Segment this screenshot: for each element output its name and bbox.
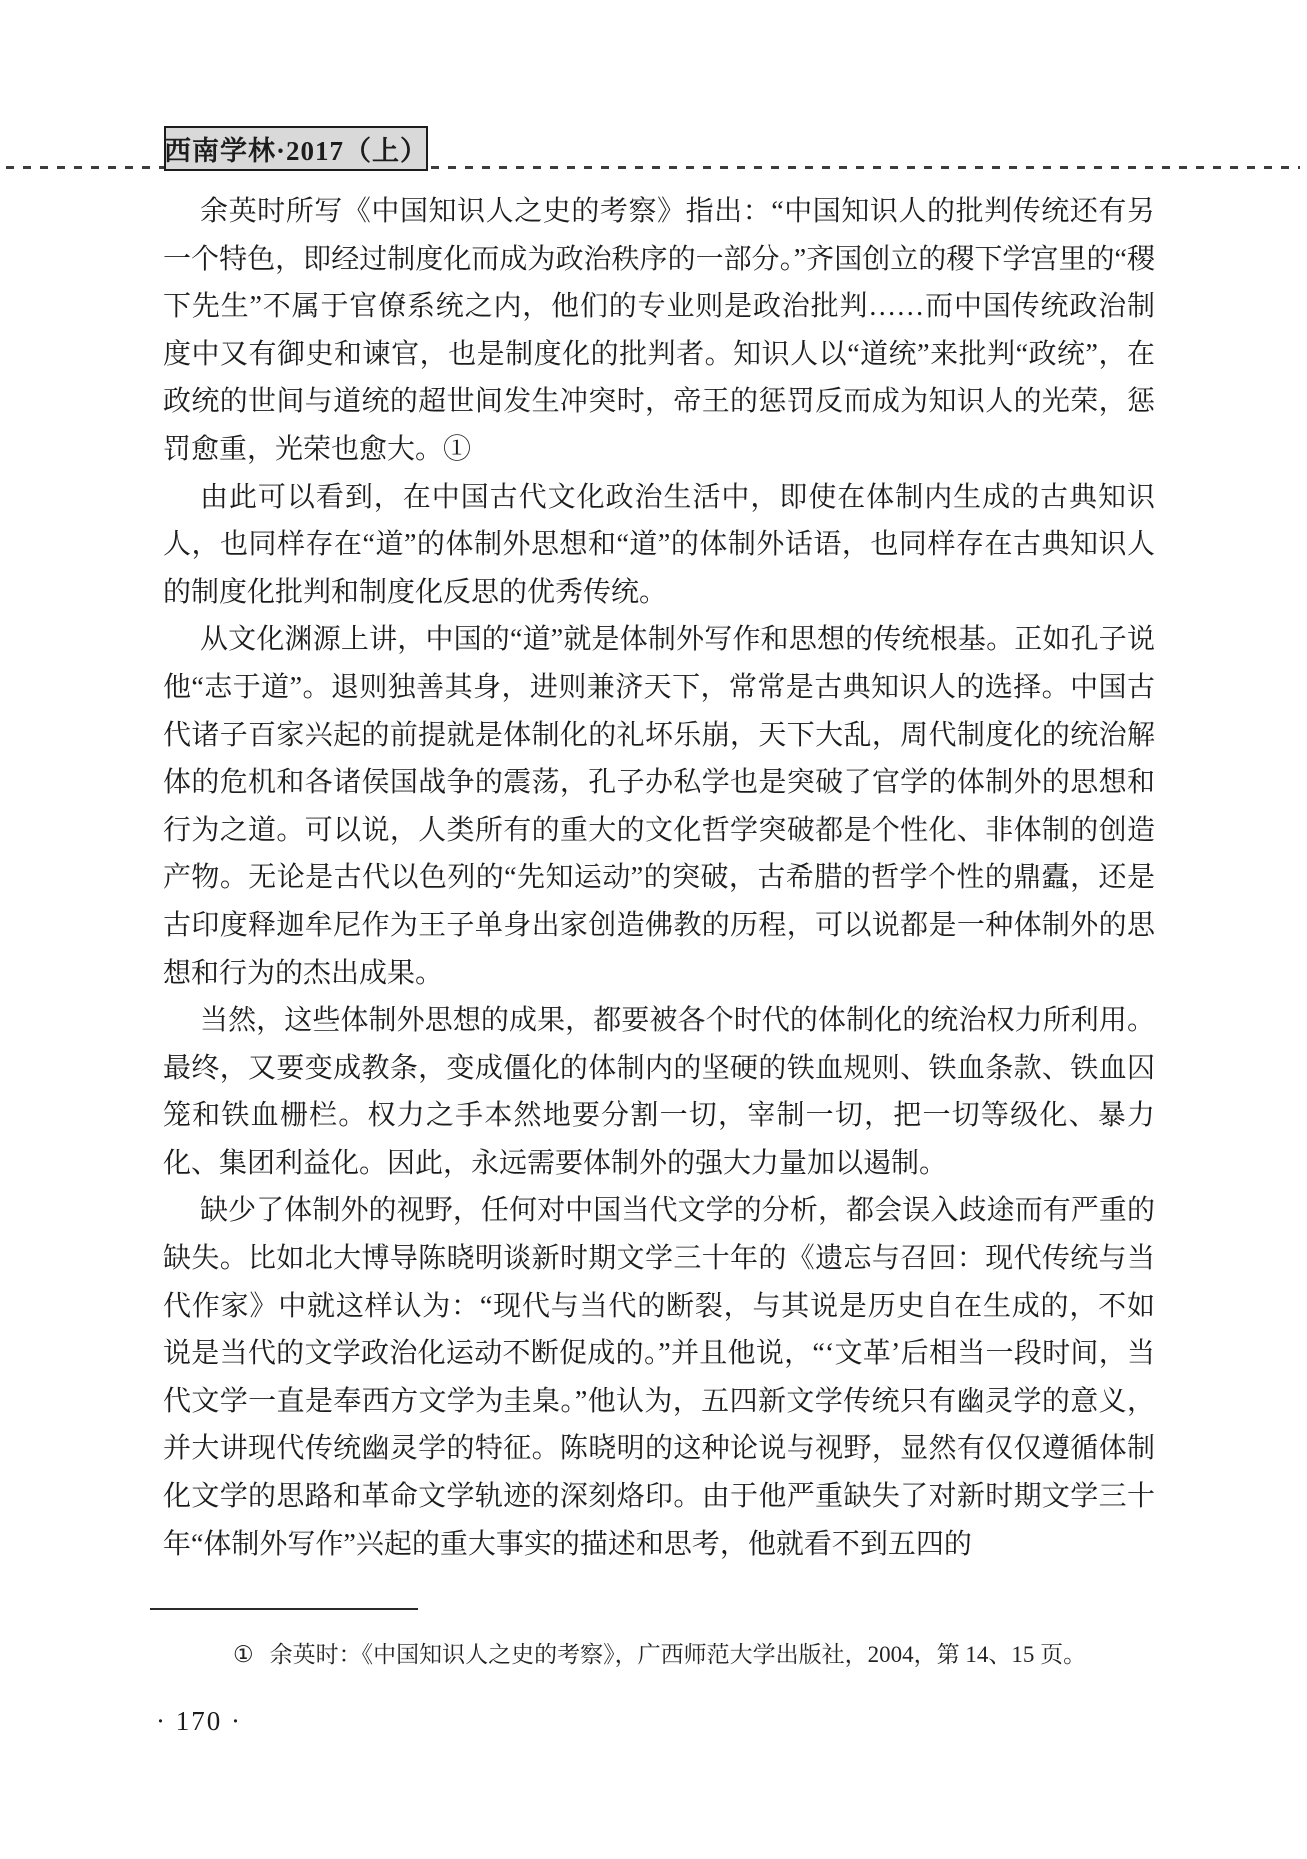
paragraph-5: 缺少了体制外的视野，任何对中国当代文学的分析，都会误入歧途而有严重的缺失。比如北… xyxy=(163,1187,1155,1568)
paragraph-4: 当然，这些体制外思想的成果，都要被各个时代的体制化的统治权力所利用。最终，又要变… xyxy=(163,997,1155,1187)
paragraph-3: 从文化渊源上讲，中国的“道”就是体制外写作和思想的传统根基。正如孔子说他“志于道… xyxy=(163,616,1155,997)
footnote-separator-rule xyxy=(150,1608,418,1610)
journal-title: 西南学林·2017（上） xyxy=(164,129,428,168)
paragraph-1: 余英时所写《中国知识人之史的考察》指出：“中国知识人的批判传统还有另一个特色，即… xyxy=(163,188,1155,474)
article-body: 余英时所写《中国知识人之史的考察》指出：“中国知识人的批判传统还有另一个特色，即… xyxy=(163,188,1155,1568)
page-number: · 170 · xyxy=(156,1706,242,1737)
paragraph-2: 由此可以看到，在中国古代文化政治生活中，即使在体制内生成的古典知识人，也同样存在… xyxy=(163,474,1155,617)
book-page: 西南学林·2017（上） 余英时所写《中国知识人之史的考察》指出：“中国知识人的… xyxy=(0,0,1307,1859)
footnote-text: 余英时：《中国知识人之史的考察》，广西师范大学出版社，2004，第 14、15 … xyxy=(270,1642,1087,1667)
journal-title-box: 西南学林·2017（上） xyxy=(164,126,428,171)
footnote-marker: ① xyxy=(233,1642,254,1667)
footnote: ①余英时：《中国知识人之史的考察》，广西师范大学出版社，2004，第 14、15… xyxy=(163,1638,1155,1672)
